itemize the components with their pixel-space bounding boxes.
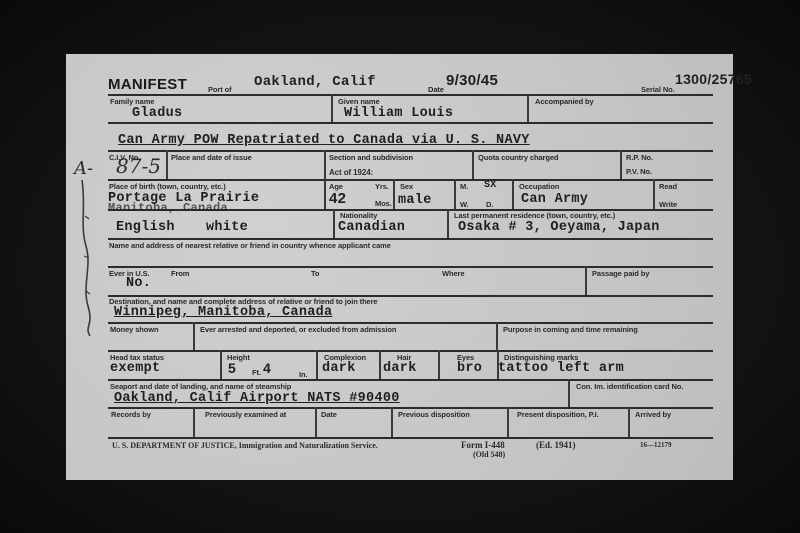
manifest-card: MANIFEST Port of Oakland, Calif Date 9/3… [66,54,733,480]
footer-old: (Old 548) [473,450,505,459]
sex-label: Sex [400,182,413,191]
date-label-2: Date [321,410,337,419]
divider [108,379,713,381]
family-name-value: Gladus [132,106,182,121]
divider [507,407,509,437]
divider [108,94,713,96]
to-label: To [311,269,319,278]
divider [108,437,713,439]
divider [438,350,440,379]
seaport-label: Seaport and date of landing, and name of… [110,382,291,391]
given-name-value: William Louis [344,106,453,121]
present-disp-label: Present disposition, P.I. [517,410,599,419]
divider [512,179,514,209]
hair-value: dark [383,361,417,376]
s-value: SX [484,180,497,191]
footer-agency: U. S. DEPARTMENT OF JUSTICE, Immigration… [112,441,378,450]
birth-label: Place of birth (town, country, etc.) [109,182,226,191]
eyes-value: bro [457,361,482,376]
divider [454,179,456,209]
divider [379,350,381,379]
port-value: Oakland, Calif [254,74,376,90]
ever-us-value: No. [126,276,151,291]
ft-label: Ft. [252,368,261,377]
date-value: 9/30/45 [446,72,498,89]
divider [220,350,222,379]
divider [324,150,326,179]
from-label: From [171,269,189,278]
occupation-label: Occupation [519,182,559,191]
read-label: Read [659,182,677,191]
language-value: English [116,220,175,235]
civ-value: 87-5 [116,154,161,178]
yrs-label: Yrs. [375,182,389,191]
footer-code: 16—12179 [640,441,672,449]
divider [628,407,630,437]
family-name-label: Family name [110,97,154,106]
pv-label: P.V. No. [626,167,652,176]
divider [393,179,395,209]
nationality-label: Nationality [340,211,377,220]
divider [108,238,713,240]
divider [108,322,713,324]
port-label: Port of [208,85,231,94]
arrested-label: Ever arrested and deported, or excluded … [200,325,396,334]
m-label: M. [460,182,468,191]
divider [447,209,449,238]
divider [108,179,713,181]
prev-disp-label: Previous disposition [398,410,470,419]
residence-value: Osaka # 3, Oeyama, Japan [458,220,660,235]
divider [527,94,529,122]
sex-value: male [398,193,432,208]
destination-value: Winnipeg, Manitoba, Canada [114,305,332,320]
remark-value: Can Army POW Repatriated to Canada via U… [118,133,530,148]
relative-label: Name and address of nearest relative or … [109,241,391,250]
records-label: Records by [111,410,151,419]
race-value: white [206,220,248,235]
divider [333,209,335,238]
divider [316,350,318,379]
divider [472,150,474,179]
height-ft-value: 5 [228,360,236,376]
divider [108,150,713,152]
arrived-label: Arrived by [635,410,671,419]
marks-value: tattoo left arm [498,361,624,376]
conim-label: Con. Im. identification card No. [576,382,683,391]
section-label: Section and subdivision [329,153,413,162]
where-label: Where [442,269,464,278]
serial-label: Serial No. [641,85,675,94]
form-title: MANIFEST [108,76,187,93]
footer-edition: (Ed. 1941) [536,440,576,450]
passage-label: Passage paid by [592,269,649,278]
footer-form: Form I-448 [461,440,505,450]
margin-scrawl-icon [76,176,100,341]
occupation-value: Can Army [521,192,588,207]
residence-label: Last permanent residence (town, country,… [454,211,615,220]
overtyped-value: Manitoba, Canada [108,201,228,215]
divider [568,379,570,407]
divider [585,266,587,295]
money-label: Money shown [110,325,159,334]
in-label: In. [299,370,307,379]
divider [108,407,713,409]
divider [193,322,195,350]
serial-value: 1300/25765 [675,71,752,87]
divider [496,322,498,350]
date-label: Date [428,85,444,94]
write-label: Write [659,200,677,209]
section-value: Act of 1924: [329,168,373,177]
divider [166,150,168,179]
accompanied-label: Accompanied by [535,97,594,106]
given-name-label: Given name [338,97,380,106]
w-label: W. [460,200,469,209]
purpose-label: Purpose in coming and time remaining [503,325,638,334]
divider [193,407,195,437]
divider [108,266,713,268]
divider [620,150,622,179]
prev-exam-label: Previously examined at [205,410,286,419]
d-label: D. [486,200,493,209]
rp-label: R.P. No. [626,153,653,162]
place-issue-label: Place and date of issue [171,153,252,162]
divider [324,179,326,209]
quota-label: Quota country charged [478,153,558,162]
height-in-value: 4 [263,360,271,376]
age-value: 42 [329,190,346,207]
divider [653,179,655,209]
divider [108,122,713,124]
headtax-value: exempt [110,361,160,376]
mos-label: Mos. [375,199,392,208]
divider [108,350,713,352]
seaport-value: Oakland, Calif Airport NATS #90400 [114,391,400,406]
divider [331,94,333,122]
complexion-value: dark [322,361,356,376]
divider [391,407,393,437]
divider [315,407,317,437]
nationality-value: Canadian [338,220,405,235]
